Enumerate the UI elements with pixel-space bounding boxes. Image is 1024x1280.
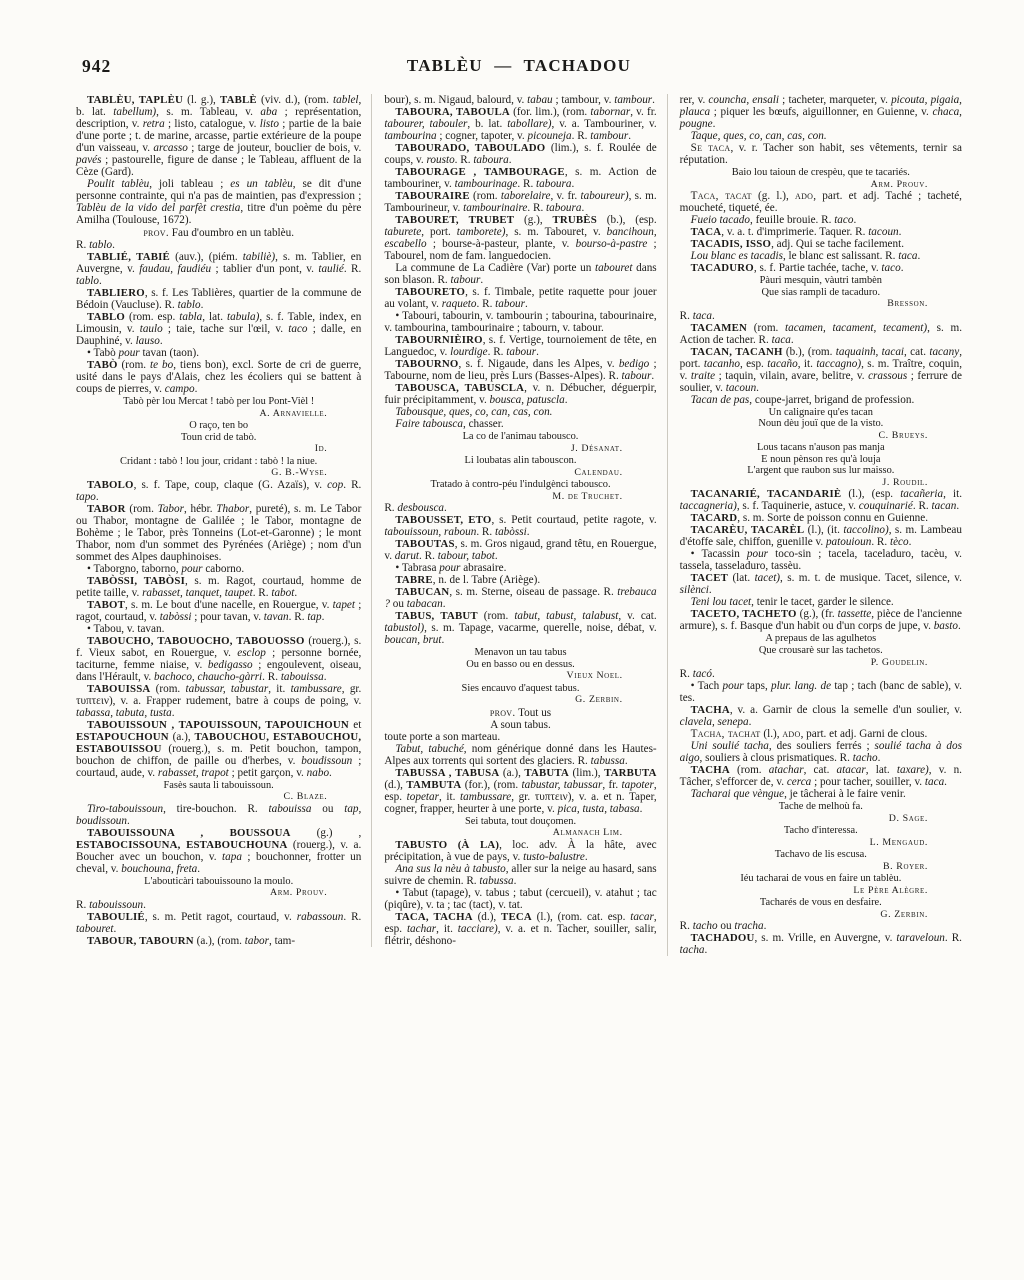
dictionary-entry: TACARÈU, TACARÈL (l.), (it. taccolino), … <box>680 524 962 548</box>
dictionary-entry: TABOUISSA (rom. tabussar, tabustar, it. … <box>76 683 361 719</box>
citation-author: A. Arnavielle. <box>76 408 361 419</box>
dictionary-entry: TABÒ (rom. te bo, tiens bon), excl. Sort… <box>76 359 361 395</box>
dictionary-entry: TABLO (rom. esp. tabla, lat. tabula), s.… <box>76 311 361 347</box>
verse-quote: Pàuri mesquin, vàutri tambèn Que sias ra… <box>680 274 962 298</box>
dictionary-entry: Tiro-tabouissoun, tire-bouchon. R. tabou… <box>76 803 361 827</box>
root-reference: R. tacó. <box>680 668 962 680</box>
dictionary-entry: TACA, v. a. t. d'imprimerie. Taquer. R. … <box>680 226 962 238</box>
dictionary-entry: TABRE, n. de l. Tabre (Ariège). <box>384 574 656 586</box>
dictionary-entry: • Tabut (tapage), v. tabus ; tabut (cerc… <box>384 887 656 911</box>
dictionary-entry: TACAN, TACANH (b.), (rom. taquainh, taca… <box>680 346 962 394</box>
citation-author: G. Zerbin. <box>680 909 962 920</box>
root-reference: R. tacho ou tracha. <box>680 920 962 932</box>
verse-quote: Tabò pèr lou Mercat ! tabò per lou Pont-… <box>76 395 361 408</box>
dictionary-entry: TABUS, TABUT (rom. tabut, tabust, talabu… <box>384 610 656 646</box>
citation-author: J. Roudil. <box>680 477 962 488</box>
citation-author: C. Blaze. <box>76 791 361 802</box>
verse-quote: Fasès sauta li tabouissoun. <box>76 779 361 792</box>
dictionary-entry: TABOURAIRE (rom. taborelaire, v. fr. tab… <box>384 190 656 214</box>
dictionary-entry: Tabut, tabuché, nom générique donné dans… <box>384 743 656 767</box>
dictionary-entry: TABUSSA , TABUSA (a.), TABUTA (lim.), TA… <box>384 767 656 815</box>
citation-author: L. Mengaud. <box>680 837 962 848</box>
dictionary-entry: TABOLO, s. f. Tape, coup, claque (G. Aza… <box>76 479 361 503</box>
citation-author: C. Brueys. <box>680 430 962 441</box>
verse-quote: Sei tabuta, tout douçomen. <box>384 815 656 828</box>
dictionary-entry: TACADIS, ISSO, adj. Qui se tache facilem… <box>680 238 962 250</box>
dictionary-page: 942 TABLÈU — TACHADOU TABLÈU, TAPLÈU (l.… <box>0 0 1024 956</box>
dictionary-entry: Tacharai que vèngue, je tâcherai à le fa… <box>680 788 962 800</box>
verse-quote: La co de l'animau tabousco. <box>384 430 656 443</box>
verse-quote: Tache de melhoù fa. <box>680 800 962 813</box>
citation-author: D. Sage. <box>680 813 962 824</box>
citation-author: Arm. Prouv. <box>76 887 361 898</box>
page-header: 942 TABLÈU — TACHADOU <box>76 60 962 94</box>
dictionary-entry: TACAMEN (rom. tacamen, tacament, tecamen… <box>680 322 962 346</box>
dictionary-entry: TABOUISSOUNA , BOUSSOUA (g.) , ESTABOCIS… <box>76 827 361 875</box>
verse-quote: Un calignaire qu'es tacan Noun dèu jouï … <box>680 406 962 430</box>
verse-quote: Menavon un tau tabus Ou en basso ou en d… <box>384 646 656 670</box>
verse-quote: Lous tacans n'auson pas manja E noun pèn… <box>680 441 962 477</box>
proverb: prov. Fau d'oumbro en un tablèu. <box>76 226 361 239</box>
dictionary-entry: La commune de La Cadière (Var) porte un … <box>384 262 656 286</box>
citation-author: P. Goudelin. <box>680 657 962 668</box>
entry-continuation: rer, v. councha, ensali ; tacheter, marq… <box>680 94 962 130</box>
citation-author: G. B.-Wyse. <box>76 467 361 478</box>
root-reference: R. desbousca. <box>384 502 656 514</box>
dictionary-entry: TABUSTO (À LA), loc. adv. À la hâte, ave… <box>384 839 656 863</box>
dictionary-entry: TABOUCHO, TABOUOCHO, TABOUOSSO (rouerg.)… <box>76 635 361 683</box>
dictionary-entry: Uni soulié tacha, des souliers ferrés ; … <box>680 740 962 764</box>
citation-author: B. Royer. <box>680 861 962 872</box>
dictionary-entry: • Tacassin pour toco-sin ; tacela, tacel… <box>680 548 962 572</box>
dictionary-entry: TACHA (rom. atachar, cat. atacar, lat. t… <box>680 764 962 788</box>
proverb: prov. Tout us A soun tabus. <box>384 706 656 731</box>
citation-author: G. Zerbin. <box>384 694 656 705</box>
citation-author: Almanach Lim. <box>384 827 656 838</box>
dictionary-entry: TABOT, s. m. Le bout d'une nacelle, en R… <box>76 599 361 623</box>
dictionary-entry: TACHA, v. a. Garnir de clous la semelle … <box>680 704 962 728</box>
verse-quote: Sies encauvo d'aquest tabus. <box>384 682 656 695</box>
verse-quote: Tratado à contro-péu l'indulgènci tabous… <box>384 478 656 491</box>
dictionary-entry: TACET (lat. tacet), s. m. t. de musique.… <box>680 572 962 596</box>
dictionary-entry: TACHADOU, s. m. Vrille, en Auvergne, v. … <box>680 932 962 956</box>
entry-continuation: bour), s. m. Nigaud, balourd, v. tabau ;… <box>384 94 656 106</box>
page-header-title: TABLÈU — TACHADOU <box>76 60 962 72</box>
verse-quote: Tacho d'interessa. <box>680 824 962 837</box>
dictionary-entry: • Taborgno, taborno, pour caborno. <box>76 563 361 575</box>
dictionary-entry: • Tabò pour tavan (taon). <box>76 347 361 359</box>
verse-quote: Baio lou taioun de crespèu, que te tacar… <box>680 166 962 179</box>
text-columns: TABLÈU, TAPLÈU (l. g.), TABLÈ (viv. d.),… <box>76 94 962 956</box>
root-reference: R. tablo. <box>76 239 361 251</box>
dictionary-entry: Poulit tablèu, joli tableau ; es un tabl… <box>76 178 361 226</box>
citation-author: M. de Truchet. <box>384 491 656 502</box>
citation-author: Id. <box>76 443 361 454</box>
dictionary-column-2: bour), s. m. Nigaud, balourd, v. tabau ;… <box>371 94 666 947</box>
citation-author: Calendau. <box>384 467 656 478</box>
dictionary-entry: Ana sus la nèu à tabusto, aller sur la n… <box>384 863 656 887</box>
dictionary-entry: TABOUSCA, TABUSCLA, v. n. Débucher, dégu… <box>384 382 656 406</box>
root-reference: R. tabouissoun. <box>76 899 361 911</box>
dictionary-entry: TABOUSSET, ETO, s. Petit courtaud, petit… <box>384 514 656 538</box>
dictionary-entry: Teni lou tacet, tenir le tacet, garder l… <box>680 596 962 608</box>
dictionary-entry: Taque, ques, co, can, cas, con. <box>680 130 962 142</box>
dictionary-entry: TACARD, s. m. Sorte de poisson connu en … <box>680 512 962 524</box>
dictionary-entry: TACA, TACHA (d.), TECA (l.), (rom. cat. … <box>384 911 656 947</box>
dictionary-entry: TABOURETO, s. f. Timbale, petite raquett… <box>384 286 656 310</box>
entry-continuation: toute porte a son marteau. <box>384 731 656 743</box>
dictionary-entry: Tacan de pas, coupe-jarret, brigand de p… <box>680 394 962 406</box>
citation-author: Le Père Alègre. <box>680 885 962 896</box>
dictionary-entry: TABOURAGE , TAMBOURAGE, s. m. Action de … <box>384 166 656 190</box>
dictionary-column-1: TABLÈU, TAPLÈU (l. g.), TABLÈ (viv. d.),… <box>76 94 371 947</box>
dictionary-entry: Faire tabousca, chasser. <box>384 418 656 430</box>
dictionary-entry: TABOUTAS, s. m. Gros nigaud, grand têtu,… <box>384 538 656 562</box>
verse-quote: Li loubatas alin tabouscon. <box>384 454 656 467</box>
verse-quote: A prepaus de las agulhetos Que crousarè … <box>680 632 962 656</box>
dictionary-entry: Se taca, v. r. Tacher son habit, ses vêt… <box>680 142 962 166</box>
verse-quote: Tacharés de vous en desfaire. <box>680 896 962 909</box>
dictionary-entry: TABOUISSOUN , TAPOUISSOUN, TAPOUICHOUN e… <box>76 719 361 779</box>
dictionary-entry: TABOURADO, TABOULADO (lim.), s. f. Roulé… <box>384 142 656 166</box>
verse-quote: Tachavo de lis escusa. <box>680 848 962 861</box>
dictionary-entry: TABOURNO, s. f. Nigaude, dans les Alpes,… <box>384 358 656 382</box>
dictionary-entry: TABLIÉ, TABIÉ (auv.), (piém. tabiliè), s… <box>76 251 361 287</box>
citation-author: J. Désanat. <box>384 443 656 454</box>
dictionary-entry: TABLIERO, s. f. Les Tablières, quartier … <box>76 287 361 311</box>
dictionary-entry: • Tabou, v. tavan. <box>76 623 361 635</box>
verse-quote: L'abouticàri tabouissouno la moulo. <box>76 875 361 888</box>
dictionary-entry: • Tach pour taps, plur. lang. de tap ; t… <box>680 680 962 704</box>
root-reference: R. taca. <box>680 310 962 322</box>
citation-author: Arm. Prouv. <box>680 179 962 190</box>
dictionary-entry: TABOURET, TRUBET (g.), TRUBÈS (b.), (esp… <box>384 214 656 262</box>
verse-quote: Iéu tacharai de vous en faire un tablèu. <box>680 872 962 885</box>
dictionary-entry: TABUCAN, s. m. Sterne, oiseau de passage… <box>384 586 656 610</box>
dictionary-entry: Fueio tacado, feuille brouie. R. taco. <box>680 214 962 226</box>
citation-author: Bresson. <box>680 298 962 309</box>
dictionary-entry: TACADURO, s. f. Partie tachée, tache, v.… <box>680 262 962 274</box>
dictionary-entry: TABLÈU, TAPLÈU (l. g.), TABLÈ (viv. d.),… <box>76 94 361 178</box>
dictionary-entry: TABÒSSI, TABÒSI, s. m. Ragot, courtaud, … <box>76 575 361 599</box>
dictionary-entry: TABOR (rom. Tabor, hébr. Thabor, pureté)… <box>76 503 361 563</box>
dictionary-entry: Tabousque, ques, co, can, cas, con. <box>384 406 656 418</box>
dictionary-entry: TABOUR, TABOURN (a.), (rom. tabor, tam- <box>76 935 361 947</box>
dictionary-entry: Taca, tacat (g. l.), ado, part. et adj. … <box>680 190 962 214</box>
citation-author: Vieux Noel. <box>384 670 656 681</box>
dictionary-column-3: rer, v. councha, ensali ; tacheter, marq… <box>667 94 962 956</box>
dictionary-entry: TACANARIÉ, TACANDARIÈ (l.), (esp. tacañe… <box>680 488 962 512</box>
verse-quote: Cridant : tabò ! lou jour, cridant : tab… <box>76 455 361 468</box>
dictionary-entry: TABOURA, TABOULA (for. lim.), (rom. tabo… <box>384 106 656 142</box>
dictionary-entry: TABOULIÉ, s. m. Petit ragot, courtaud, v… <box>76 911 361 935</box>
dictionary-entry: Lou blanc es tacadis, le blanc est salis… <box>680 250 962 262</box>
dictionary-entry: • Tabrasa pour abrasaire. <box>384 562 656 574</box>
dictionary-entry: TACETO, TACHETO (g.), (fr. tassette, piè… <box>680 608 962 632</box>
dictionary-entry: Tacha, tachat (l.), ado, part. et adj. G… <box>680 728 962 740</box>
verse-quote: O raço, ten bo Toun crid de tabò. <box>76 419 361 443</box>
dictionary-entry: • Tabouri, tabourin, v. tambourin ; tabo… <box>384 310 656 334</box>
dictionary-entry: TABOURNIÈIRO, s. f. Vertige, tournoiemen… <box>384 334 656 358</box>
